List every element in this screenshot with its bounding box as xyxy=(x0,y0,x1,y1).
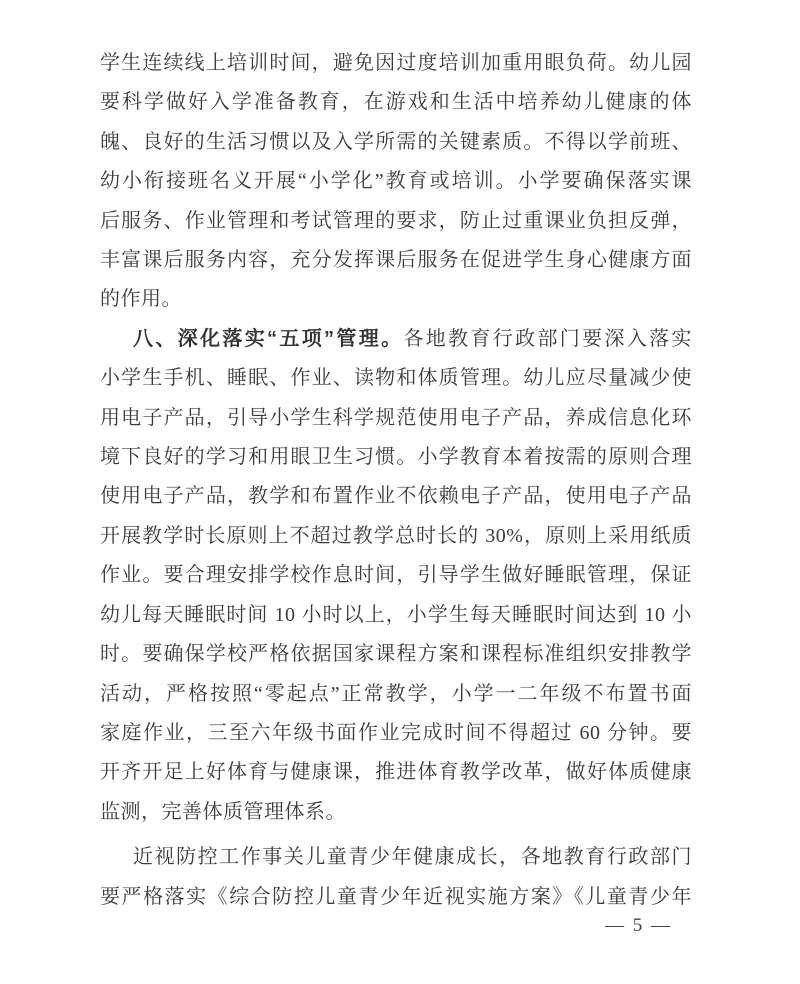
paragraph-continuation: 学生连续线上培训时间，避免因过度培训加重用眼负荷。幼儿园 要科学做好入学准备教育… xyxy=(100,44,692,320)
document-page: 学生连续线上培训时间，避免因过度培训加重用眼负荷。幼儿园 要科学做好入学准备教育… xyxy=(0,0,800,984)
text-line: 近视防控工作事关儿童青少年健康成长，各地教育行政部门 xyxy=(100,838,692,877)
text-line: 八、深化落实“五项”管理。各地教育行政部门要深入落实 xyxy=(100,320,692,359)
text-line: 的作用。 xyxy=(100,280,692,319)
paragraph-myopia-prevention: 近视防控工作事关儿童青少年健康成长，各地教育行政部门 要严格落实《综合防控儿童青… xyxy=(100,838,692,917)
text-line: 用电子产品，引导小学生科学规范使用电子产品，养成信息化环 xyxy=(100,399,692,438)
text-line: 后服务、作业管理和考试管理的要求，防止过重课业负担反弹， xyxy=(100,202,692,241)
text-line: 要严格落实《综合防控儿童青少年近视实施方案》《儿童青少年 xyxy=(100,878,692,917)
text-line: 监测，完善体质管理体系。 xyxy=(100,793,692,832)
text-line: 境下良好的学习和用眼卫生习惯。小学教育本着按需的原则合理 xyxy=(100,438,692,477)
text-line: 幼小衔接班名义开展“小学化”教育或培训。小学要确保落实课 xyxy=(100,162,692,201)
text-line: 丰富课后服务内容，充分发挥课后服务在促进学生身心健康方面 xyxy=(100,241,692,280)
text-block: 学生连续线上培训时间，避免因过度培训加重用眼负荷。幼儿园 要科学做好入学准备教育… xyxy=(100,44,692,917)
text-line: 活动，严格按照“零起点”正常教学，小学一二年级不布置书面 xyxy=(100,675,692,714)
paragraph-section-8: 八、深化落实“五项”管理。各地教育行政部门要深入落实 小学生手机、睡眠、作业、读… xyxy=(100,320,692,832)
text-line: 作业。要合理安排学校作息时间，引导学生做好睡眠管理，保证 xyxy=(100,556,692,595)
text-line: 幼儿每天睡眠时间 10 小时以上，小学生每天睡眠时间达到 10 小 xyxy=(100,596,692,635)
text-line: 开齐开足上好体育与健康课，推进体育教学改革，做好体质健康 xyxy=(100,753,692,792)
text-line: 学生连续线上培训时间，避免因过度培训加重用眼负荷。幼儿园 xyxy=(100,44,692,83)
text-line: 魄、良好的生活习惯以及入学所需的关键素质。不得以学前班、 xyxy=(100,123,692,162)
text-line: 家庭作业，三至六年级书面作业完成时间不得超过 60 分钟。要 xyxy=(100,714,692,753)
text-line: 使用电子产品，教学和布置作业不依赖电子产品，使用电子产品 xyxy=(100,477,692,516)
section-heading: 八、深化落实“五项”管理。 xyxy=(133,328,403,350)
text-line: 要科学做好入学准备教育，在游戏和生活中培养幼儿健康的体 xyxy=(100,83,692,122)
page-number: — 5 — xyxy=(605,915,672,937)
text-line: 开展教学时长原则上不超过教学总时长的 30%，原则上采用纸质 xyxy=(100,517,692,556)
section-lead-text: 各地教育行政部门要深入落实 xyxy=(403,328,692,350)
text-line: 小学生手机、睡眠、作业、读物和体质管理。幼儿应尽量减少使 xyxy=(100,359,692,398)
text-line: 时。要确保学校严格依据国家课程方案和课程标准组织安排教学 xyxy=(100,635,692,674)
